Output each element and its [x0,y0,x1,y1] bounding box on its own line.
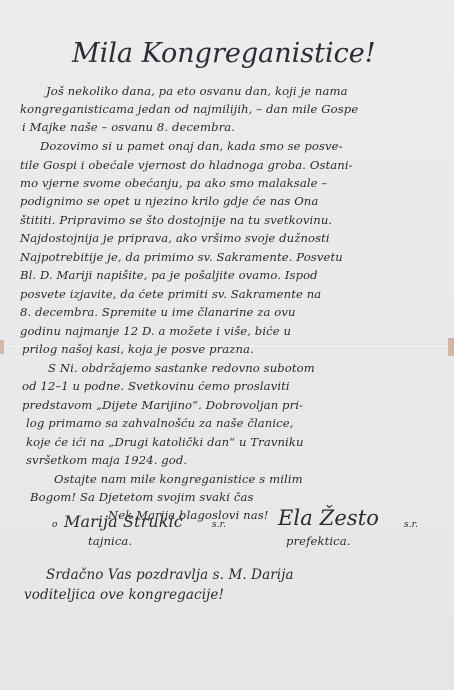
signature-left-name: Marija Strukić [64,512,183,531]
letter-line: i Majke naše – osvanu 8. decembra. [22,120,235,134]
letter-line: Ostajte nam mile kongreganistice s milim [54,472,303,486]
letter-line: prilog našoj kasi, koja je posve prazna. [22,342,254,356]
closing-line: Srdačno Vas pozdravlja s. M. Darija [46,567,294,583]
letter-title: Mila Kongreganistice! [72,38,376,69]
letter-line: log primamo sa zahvalnošću za naše člani… [26,416,294,430]
letter-line: tile Gospi i obećale vjernost do hladnog… [20,158,353,172]
letter-line: Još nekoliko dana, pa eto osvanu dan, ko… [46,84,348,98]
signature-left-prefix: o [52,520,58,530]
signature-left-suffix: s.r. [212,520,226,530]
closing-line: voditeljica ove kongregacije! [24,587,224,603]
signature-right-role: prefektica. [286,534,351,548]
letter-line: Dozovimo si u pamet onaj dan, kada smo s… [40,139,343,153]
letter-line: S Ni. obdržajemo sastanke redovno suboto… [48,361,315,375]
letter-line: koje će ići na „Drugi katolički dan“ u T… [26,435,304,449]
letter-line: 8. decembra. Spremite u ime članarine za… [20,305,296,319]
letter-line: podignimo se opet u njezino krilo gdje ć… [20,194,318,208]
letter-page: Mila Kongreganistice! Još nekoliko dana,… [0,0,454,690]
letter-line: od 12–1 u podne. Svetkovinu ćemo proslav… [22,379,290,393]
letter-line: Najdostojnija je priprava, ako vršimo sv… [20,231,330,245]
letter-line: Bl. D. Mariji napišite, pa je pošaljite … [20,268,318,282]
signature-left-role: tajnica. [88,534,132,548]
right-edge-stain [448,338,454,356]
letter-line: štititi. Pripravimo se što dostojnije na… [20,213,332,227]
letter-line: svršetkom maja 1924. god. [26,453,187,467]
signature-right-name: Ela Žesto [278,506,379,530]
letter-line: mo vjerne svome obećanju, pa ako smo mal… [20,176,327,190]
signature-right-suffix: s.r. [404,520,418,530]
letter-line: Bogom! Sa Djetetom svojim svaki čas [30,490,254,504]
left-edge-stain [0,340,4,354]
letter-line: predstavom „Dijete Marijino“. Dobrovolja… [22,398,303,412]
letter-line: godinu najmanje 12 D. a možete i više, b… [20,324,291,338]
letter-line: Najpotrebitije je, da primimo sv. Sakram… [20,250,343,264]
letter-line: posvete izjavite, da ćete primiti sv. Sa… [20,287,321,301]
letter-line: kongreganisticama jedan od najmilijih, –… [20,102,358,116]
